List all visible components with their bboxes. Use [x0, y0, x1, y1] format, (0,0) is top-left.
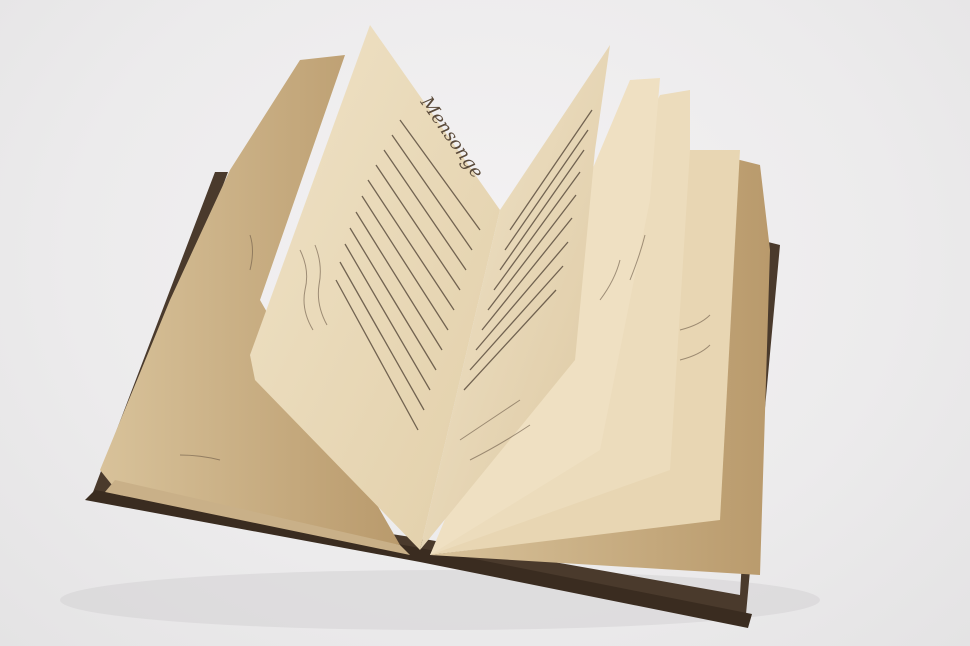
book-photo: Mensonge: [0, 0, 970, 646]
book-illustration: Mensonge: [0, 0, 970, 646]
